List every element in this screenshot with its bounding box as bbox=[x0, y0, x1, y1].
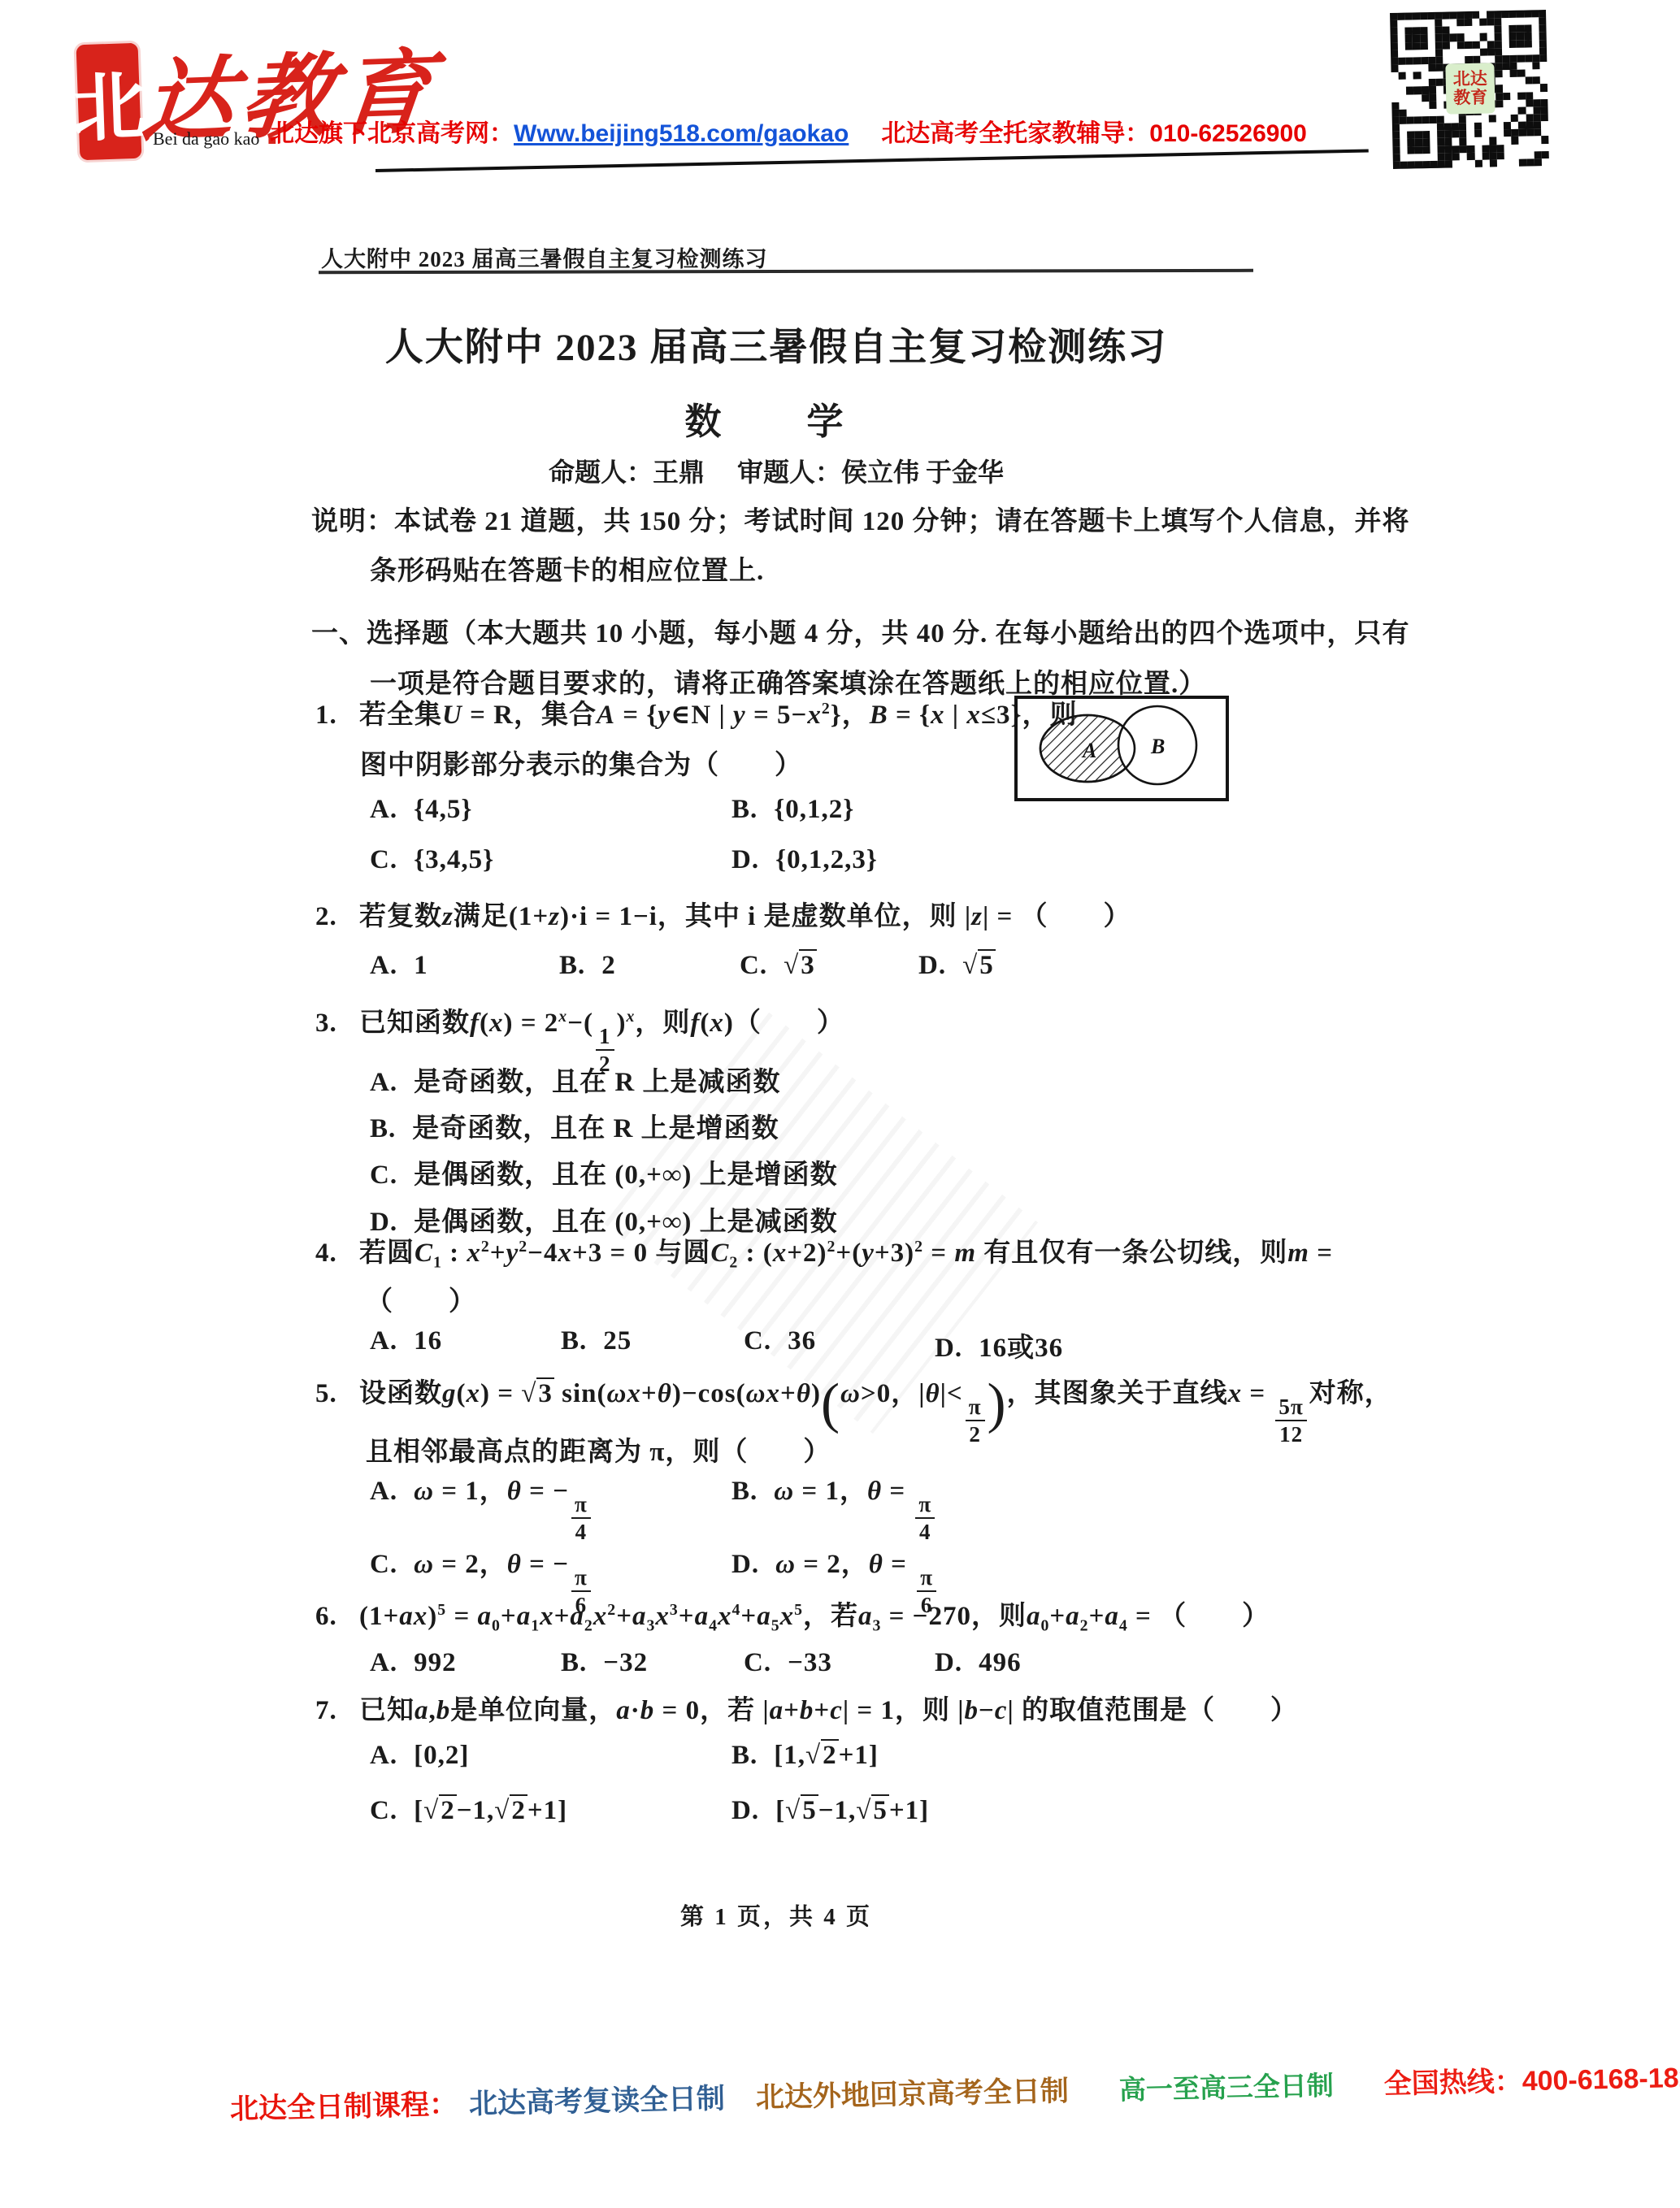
q5-option-b: B.ω = 1，θ = π4 bbox=[731, 1469, 937, 1544]
q6-option-b: B.−32 bbox=[561, 1648, 648, 1678]
question-number: 6. bbox=[315, 1602, 359, 1632]
question-text: 已知a,b是单位向量，a·b = 0，若 |a+b+c| = 1，则 |b−c|… bbox=[359, 1696, 1298, 1725]
question-4-stem-line2: （ ） bbox=[366, 1280, 476, 1318]
site-label: 北达旗下北京高考网： bbox=[270, 120, 514, 147]
q1-option-b: B.{0,1,2} bbox=[731, 795, 854, 825]
question-2-stem: 2.若复数z满足(1+z)·i = 1−i，其中 i 是虚数单位，则 |z| =… bbox=[315, 895, 1131, 933]
option-label: B. bbox=[731, 1477, 758, 1506]
option-label: C. bbox=[744, 1648, 771, 1677]
question-number: 4. bbox=[315, 1238, 359, 1269]
question-text: 若复数z满足(1+z)·i = 1−i，其中 i 是虚数单位，则 |z| = （… bbox=[359, 902, 1131, 931]
option-value: {3,4,5} bbox=[414, 845, 494, 874]
qr-code: 北达 教育 bbox=[1390, 10, 1549, 169]
footer-label: 北达全日制课程： bbox=[229, 2082, 458, 2128]
option-label: C. bbox=[740, 951, 767, 980]
option-value: √5 bbox=[962, 949, 996, 980]
option-label: A. bbox=[370, 1326, 397, 1356]
option-value: [√2−1,√2+1] bbox=[414, 1794, 567, 1825]
option-label: C. bbox=[370, 1160, 397, 1190]
option-label: C. bbox=[370, 1796, 397, 1825]
option-label: D. bbox=[918, 951, 946, 980]
option-value: 1 bbox=[414, 951, 428, 980]
option-value: √3 bbox=[784, 949, 817, 980]
q2-option-a: A.1 bbox=[370, 951, 428, 981]
instructions-line-2: 条形码贴在答题卡的相应位置上. bbox=[370, 549, 764, 588]
q4-option-b: B.25 bbox=[561, 1326, 632, 1356]
subject-title: 数 学 bbox=[0, 392, 1552, 445]
option-value: −32 bbox=[603, 1648, 648, 1677]
option-label: B. bbox=[370, 1114, 396, 1143]
option-value: ω = 2，θ = −π6 bbox=[414, 1550, 593, 1579]
question-number: 2. bbox=[315, 902, 359, 932]
option-value: ω = 1，θ = −π4 bbox=[414, 1477, 593, 1506]
option-value: {4,5} bbox=[414, 795, 472, 824]
section-heading-line-1: 一、选择题（本大题共 10 小题，每小题 4 分，共 40 分. 在每小题给出的… bbox=[311, 612, 1410, 650]
question-number: 3. bbox=[315, 1009, 359, 1039]
option-value: ω = 2，θ = π6 bbox=[775, 1550, 939, 1579]
q2-option-c: C.√3 bbox=[740, 951, 817, 981]
seal-character: 北 bbox=[70, 46, 149, 156]
option-label: B. bbox=[731, 795, 758, 824]
option-value: 496 bbox=[979, 1648, 1022, 1677]
logo-pinyin-text: Bei da gao kao bbox=[153, 128, 259, 149]
q7-option-d: D.[√5−1,√5+1] bbox=[731, 1796, 929, 1826]
logo-pinyin: Bei da gao kao■ bbox=[153, 128, 276, 150]
header-contact-row: 北达旗下北京高考网：Www.beijing518.com/gaokao北达高考全… bbox=[270, 113, 1307, 149]
venn-label-a: A bbox=[1081, 739, 1096, 762]
option-value: {0,1,2,3} bbox=[775, 845, 878, 874]
page-number: 第 1 页，共 4 页 bbox=[0, 1898, 1552, 1932]
question-number: 7. bbox=[315, 1696, 359, 1726]
running-header: 人大附中 2023 届高三暑假自主复习检测练习 bbox=[321, 241, 768, 273]
page-title: 人大附中 2023 届高三暑假自主复习检测练习 bbox=[0, 317, 1552, 371]
question-1-stem-line2: 图中阴影部分表示的集合为（ ） bbox=[360, 744, 802, 782]
authors-line: 命题人：王鼎 审题人：侯立伟 于金华 bbox=[0, 452, 1552, 489]
option-label: B. bbox=[731, 1741, 758, 1770]
q5-option-a: A.ω = 1，θ = −π4 bbox=[370, 1469, 593, 1544]
option-label: A. bbox=[370, 1068, 397, 1097]
q1-option-d: D.{0,1,2,3} bbox=[731, 845, 878, 875]
option-label: A. bbox=[370, 1477, 397, 1506]
option-value: 2 bbox=[601, 951, 616, 980]
option-value: −33 bbox=[788, 1648, 832, 1677]
option-label: D. bbox=[935, 1648, 962, 1677]
option-value: 16或36 bbox=[979, 1334, 1063, 1363]
q7-option-b: B.[1,√2+1] bbox=[731, 1741, 879, 1771]
venn-diagram: A B bbox=[1014, 696, 1229, 805]
question-1-stem: 1.若全集U = R，集合A = {y∈N | y = 5−x2}，B = {x… bbox=[315, 693, 1077, 731]
option-value: [1,√2+1] bbox=[774, 1739, 879, 1770]
q7-option-c: C.[√2−1,√2+1] bbox=[370, 1796, 567, 1826]
q4-option-d: D.16或36 bbox=[935, 1326, 1063, 1364]
q2-option-b: B.2 bbox=[559, 951, 616, 981]
footer-hotline: 全国热线：400-6168-182 bbox=[1383, 2055, 1680, 2102]
footer-promo-row: 北达全日制课程： 北达高考复读全日制 北达外地回京高考全日制 高一至高三全日制 … bbox=[229, 2055, 1680, 2128]
option-value: 25 bbox=[603, 1326, 632, 1356]
question-7-stem: 7.已知a,b是单位向量，a·b = 0，若 |a+b+c| = 1，则 |b−… bbox=[315, 1689, 1298, 1727]
option-value: {0,1,2} bbox=[774, 795, 854, 824]
option-label: D. bbox=[731, 1550, 759, 1579]
site-url-link[interactable]: Www.beijing518.com/gaokao bbox=[514, 120, 849, 147]
option-label: A. bbox=[370, 1741, 397, 1770]
q4-option-a: A.16 bbox=[370, 1326, 442, 1356]
option-label: A. bbox=[370, 795, 397, 824]
scanned-exam-page: 北 达教育 Bei da gao kao■ 北达旗下北京高考网：Www.beij… bbox=[0, 0, 1680, 2208]
option-value: [√5−1,√5+1] bbox=[775, 1794, 929, 1825]
qr-center-text-2: 教育 bbox=[1453, 89, 1487, 108]
qr-center-text-1: 北达 bbox=[1452, 69, 1487, 89]
q7-option-a: A.[0,2] bbox=[370, 1741, 469, 1771]
instructions-line-1: 说明：本试卷 21 道题，共 150 分；考试时间 120 分钟；请在答题卡上填… bbox=[311, 500, 1410, 538]
option-label: C. bbox=[370, 1550, 397, 1579]
option-value: 992 bbox=[414, 1648, 457, 1677]
question-text: 若全集U = R，集合A = {y∈N | y = 5−x2}，B = {x |… bbox=[359, 701, 1077, 730]
question-number: 5. bbox=[315, 1379, 359, 1409]
footer-item-grades: 高一至高三全日制 bbox=[1118, 2064, 1334, 2107]
option-label: A. bbox=[370, 1648, 397, 1677]
option-label: C. bbox=[370, 845, 397, 874]
question-text: (1+ax)5 = a0+a1x+a2x2+a3x3+a4x4+a5x5，若a3… bbox=[359, 1602, 1270, 1631]
option-label: B. bbox=[561, 1648, 587, 1677]
beida-seal-logo: 北 bbox=[76, 43, 142, 161]
q6-option-a: A.992 bbox=[370, 1648, 457, 1678]
question-number: 1. bbox=[315, 701, 359, 731]
q2-option-d: D.√5 bbox=[918, 951, 996, 981]
option-label: B. bbox=[559, 951, 585, 980]
footer-item-fulltime-repeat: 北达高考复读全日制 bbox=[468, 2076, 725, 2123]
option-label: A. bbox=[370, 951, 397, 980]
header-divider-line bbox=[376, 149, 1369, 172]
contact-info: 北达高考全托家教辅导：010-62526900 bbox=[881, 120, 1307, 147]
q6-option-d: D.496 bbox=[935, 1648, 1022, 1678]
q6-option-c: C.−33 bbox=[744, 1648, 832, 1678]
option-value: 16 bbox=[414, 1326, 442, 1356]
option-label: D. bbox=[731, 845, 759, 874]
q1-option-a: A.{4,5} bbox=[370, 795, 472, 825]
option-label: B. bbox=[561, 1326, 587, 1356]
question-6-stem: 6.(1+ax)5 = a0+a1x+a2x2+a3x3+a4x4+a5x5，若… bbox=[315, 1594, 1270, 1636]
option-value: ω = 1，θ = π4 bbox=[774, 1477, 937, 1506]
option-value: [0,2] bbox=[414, 1741, 469, 1770]
footer-item-return-beijing: 北达外地回京高考全日制 bbox=[755, 2068, 1069, 2115]
qr-center-logo: 北达 教育 bbox=[1445, 63, 1495, 114]
venn-label-b: B bbox=[1150, 735, 1165, 758]
q1-option-c: C.{3,4,5} bbox=[370, 845, 494, 875]
option-label: D. bbox=[731, 1796, 759, 1825]
question-5-stem-line2: 且相邻最高点的距离为 π，则（ ） bbox=[366, 1430, 831, 1468]
